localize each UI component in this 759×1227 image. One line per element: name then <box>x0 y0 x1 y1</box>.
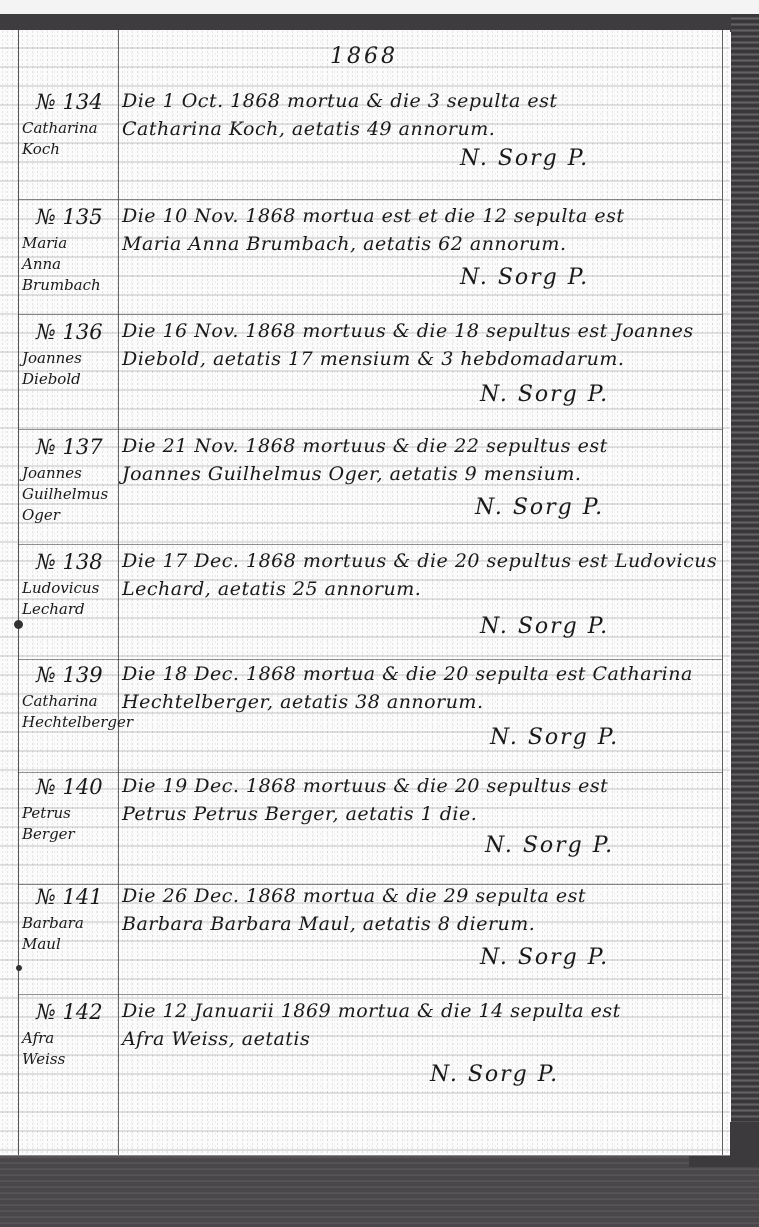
entry-divider <box>18 199 722 200</box>
entry-number: № 135 <box>36 205 103 229</box>
margin-name: Barbara Maul <box>22 913 118 955</box>
register-entry: № 135 Maria Anna Brumbach Die 10 Nov. 18… <box>0 205 722 315</box>
entry-line-2: Hechtelberger, aetatis 38 annorum. <box>122 691 712 713</box>
year-heading: 1868 <box>330 44 398 69</box>
register-entry: № 137 Joannes Guilhelmus Oger Die 21 Nov… <box>0 435 722 545</box>
entry-divider <box>18 659 722 660</box>
priest-signature: N. Sorg P. <box>480 614 609 639</box>
priest-signature: N. Sorg P. <box>430 1062 559 1087</box>
entry-line-1: Die 16 Nov. 1868 mortuus & die 18 sepult… <box>122 320 712 342</box>
entry-number: № 136 <box>36 320 103 344</box>
register-entry: № 141 Barbara Maul Die 26 Dec. 1868 mort… <box>0 885 722 995</box>
margin-name: Afra Weiss <box>22 1028 118 1070</box>
entry-number: № 140 <box>36 775 103 799</box>
right-margin-rule <box>722 30 723 1155</box>
margin-name: Joannes Guilhelmus Oger <box>22 463 118 526</box>
entry-divider <box>18 994 722 995</box>
register-entry: № 142 Afra Weiss Die 12 Januarii 1869 mo… <box>0 1000 722 1110</box>
register-entry: № 138 Ludovicus Lechard Die 17 Dec. 1868… <box>0 550 722 660</box>
register-entry: № 136 Joannes Diebold Die 16 Nov. 1868 m… <box>0 320 722 430</box>
entry-line-1: Die 1 Oct. 1868 mortua & die 3 sepulta e… <box>122 90 712 112</box>
entry-divider <box>18 772 722 773</box>
entry-number: № 134 <box>36 90 103 114</box>
margin-name: Ludovicus Lechard <box>22 578 118 620</box>
margin-name: Catharina Koch <box>22 118 118 160</box>
priest-signature: N. Sorg P. <box>490 725 619 750</box>
register-entry: № 134 Catharina Koch Die 1 Oct. 1868 mor… <box>0 90 722 200</box>
entry-divider <box>18 429 722 430</box>
entry-divider <box>18 314 722 315</box>
entry-line-2: Maria Anna Brumbach, aetatis 62 annorum. <box>122 233 712 255</box>
scanner-shadow-bottom <box>0 1147 759 1227</box>
priest-signature: N. Sorg P. <box>475 495 604 520</box>
entry-line-2: Barbara Barbara Maul, aetatis 8 dierum. <box>122 913 712 935</box>
scanner-shadow-right <box>731 14 759 1227</box>
entry-line-1: Die 17 Dec. 1868 mortuus & die 20 sepult… <box>122 550 712 572</box>
priest-signature: N. Sorg P. <box>480 382 609 407</box>
entry-line-1: Die 26 Dec. 1868 mortua & die 29 sepulta… <box>122 885 712 907</box>
entry-number: № 137 <box>36 435 103 459</box>
entry-line-2: Lechard, aetatis 25 annorum. <box>122 578 712 600</box>
register-entry: № 140 Petrus Berger Die 19 Dec. 1868 mor… <box>0 775 722 885</box>
entry-line-2: Diebold, aetatis 17 mensium & 3 hebdomad… <box>122 348 712 370</box>
priest-signature: N. Sorg P. <box>480 945 609 970</box>
entry-number: № 142 <box>36 1000 103 1024</box>
entry-line-2: Catharina Koch, aetatis 49 annorum. <box>122 118 712 140</box>
entry-line-1: Die 18 Dec. 1868 mortua & die 20 sepulta… <box>122 663 712 685</box>
register-entry: № 139 Catharina Hechtelberger Die 18 Dec… <box>0 663 722 773</box>
entry-line-1: Die 10 Nov. 1868 mortua est et die 12 se… <box>122 205 712 227</box>
entry-line-1: Die 12 Januarii 1869 mortua & die 14 sep… <box>122 1000 712 1022</box>
entry-line-1: Die 19 Dec. 1868 mortuus & die 20 sepult… <box>122 775 712 797</box>
priest-signature: N. Sorg P. <box>485 833 614 858</box>
priest-signature: N. Sorg P. <box>460 146 589 171</box>
entry-line-2: Joannes Guilhelmus Oger, aetatis 9 mensi… <box>122 463 712 485</box>
entry-line-1: Die 21 Nov. 1868 mortuus & die 22 sepult… <box>122 435 712 457</box>
margin-name: Maria Anna Brumbach <box>22 233 118 296</box>
entry-line-2: Petrus Petrus Berger, aetatis 1 die. <box>122 803 712 825</box>
entry-number: № 138 <box>36 550 103 574</box>
margin-name: Catharina Hechtelberger <box>22 691 118 733</box>
margin-name: Petrus Berger <box>22 803 118 845</box>
margin-name: Joannes Diebold <box>22 348 118 390</box>
entry-line-2: Afra Weiss, aetatis <box>122 1028 712 1050</box>
entry-number: № 139 <box>36 663 103 687</box>
entry-divider <box>18 544 722 545</box>
entry-number: № 141 <box>36 885 103 909</box>
scan-top-margin <box>0 0 759 14</box>
priest-signature: N. Sorg P. <box>460 265 589 290</box>
register-page: 1868 № 134 Catharina Koch Die 1 Oct. 186… <box>0 30 730 1156</box>
